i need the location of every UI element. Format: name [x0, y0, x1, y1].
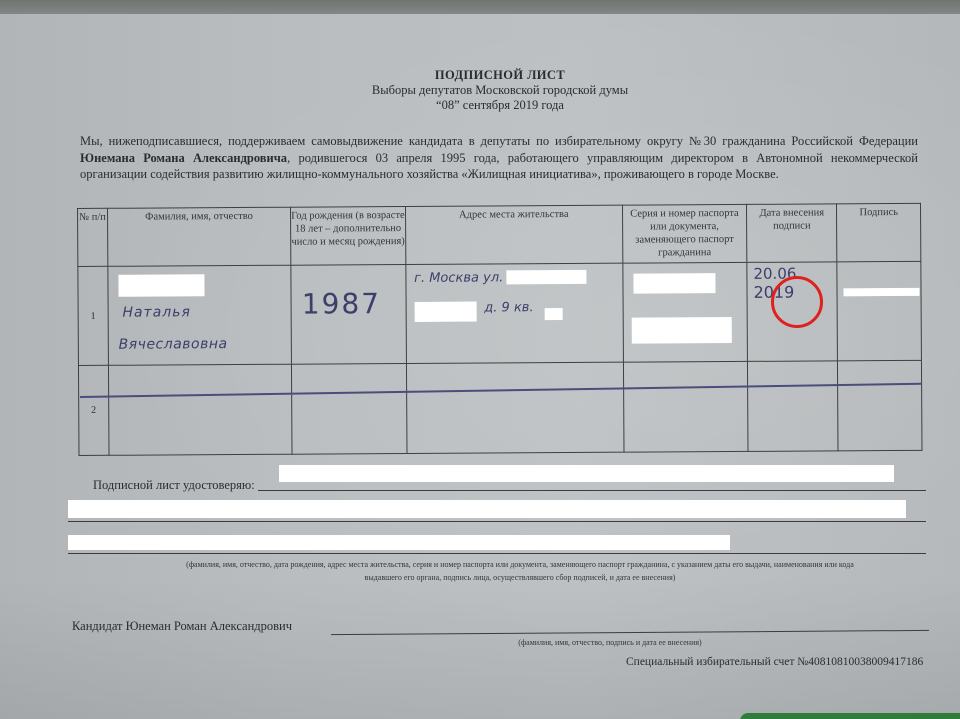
signature-cell — [838, 360, 922, 451]
signatures-table: № п/п Фамилия, имя, отчество Год рождени… — [77, 203, 922, 456]
sign-date-cell — [747, 361, 838, 452]
header-number: № п/п — [78, 208, 108, 266]
intro-part1: Мы, нижеподписавшиеся, поддерживаем само… — [80, 134, 918, 148]
patronymic: Вячеславовна — [119, 336, 228, 353]
table-row: 2 — [78, 360, 922, 455]
redacted-passport-number — [631, 317, 731, 344]
passport-cell — [623, 361, 748, 452]
redacted-building — [414, 302, 476, 322]
red-highlight-circle — [771, 276, 823, 328]
certification-caption-2: выдавшего его органа, подпись лица, осущ… — [115, 573, 925, 582]
header-full-name: Фамилия, имя, отчество — [107, 207, 291, 266]
table-header-row: № п/п Фамилия, имя, отчество Год рождени… — [78, 203, 921, 266]
sheet-title: ПОДПИСНОЙ ЛИСТ — [0, 68, 960, 83]
candidate-name-bold: Юнемана Романа Александровича — [80, 151, 287, 165]
address-city: г. Москва ул. — [414, 270, 503, 286]
first-name: Наталья — [122, 304, 191, 320]
redacted-certifier-line-1 — [279, 465, 894, 482]
redacted-street — [506, 270, 586, 284]
candidate-caption: (фамилия, имя, отчество, подпись и дата … — [440, 638, 780, 647]
candidate-label: Кандидат Юнеман Роман Александрович — [72, 619, 292, 634]
address-house-flat: д. 9 кв. — [484, 300, 533, 315]
certification-line-3 — [68, 553, 926, 554]
election-date: “08” сентября 2019 года — [0, 98, 960, 113]
header-passport: Серия и номер паспорта или документа, за… — [622, 204, 747, 263]
birth-year-cell — [292, 363, 407, 454]
redacted-signature — [844, 288, 920, 296]
certification-line-2 — [68, 521, 926, 522]
certification-line-1 — [258, 490, 926, 491]
address-cell: г. Москва ул. д. 9 кв. — [406, 263, 624, 363]
redacted-certifier-line-3 — [68, 535, 730, 550]
row-number: 1 — [78, 266, 108, 365]
redacted-surname — [118, 274, 204, 297]
header-birth-year: Год рождения (в возрасте 18 лет – дополн… — [291, 206, 406, 265]
header-sign-date: Дата внесения подписи — [747, 204, 838, 263]
special-account-number: Специальный избирательный счет №40810810… — [626, 656, 923, 668]
redacted-passport-series — [633, 273, 715, 294]
redacted-flat — [544, 308, 562, 320]
signature-cell — [837, 261, 921, 361]
header-address: Адрес места жительства — [405, 205, 622, 264]
certification-label: Подписной лист удостоверяю: — [93, 478, 255, 493]
header-signature: Подпись — [837, 203, 921, 262]
redacted-certifier-line-2 — [68, 500, 906, 518]
row-number: 2 — [78, 365, 108, 455]
green-object-edge — [740, 713, 960, 719]
address-cell — [406, 362, 624, 453]
birth-year: 1987 — [302, 287, 381, 320]
certification-caption-1: (фамилия, имя, отчество, дата рождения, … — [115, 560, 925, 569]
full-name-cell: Наталья Вячеславовна — [108, 265, 292, 365]
full-name-cell — [108, 364, 292, 455]
sheet-subtitle: Выборы депутатов Московской городской ду… — [0, 83, 960, 98]
intro-paragraph: Мы, нижеподписавшиеся, поддерживаем само… — [80, 133, 918, 183]
passport-cell — [623, 262, 748, 362]
birth-year-cell: 1987 — [291, 264, 406, 364]
